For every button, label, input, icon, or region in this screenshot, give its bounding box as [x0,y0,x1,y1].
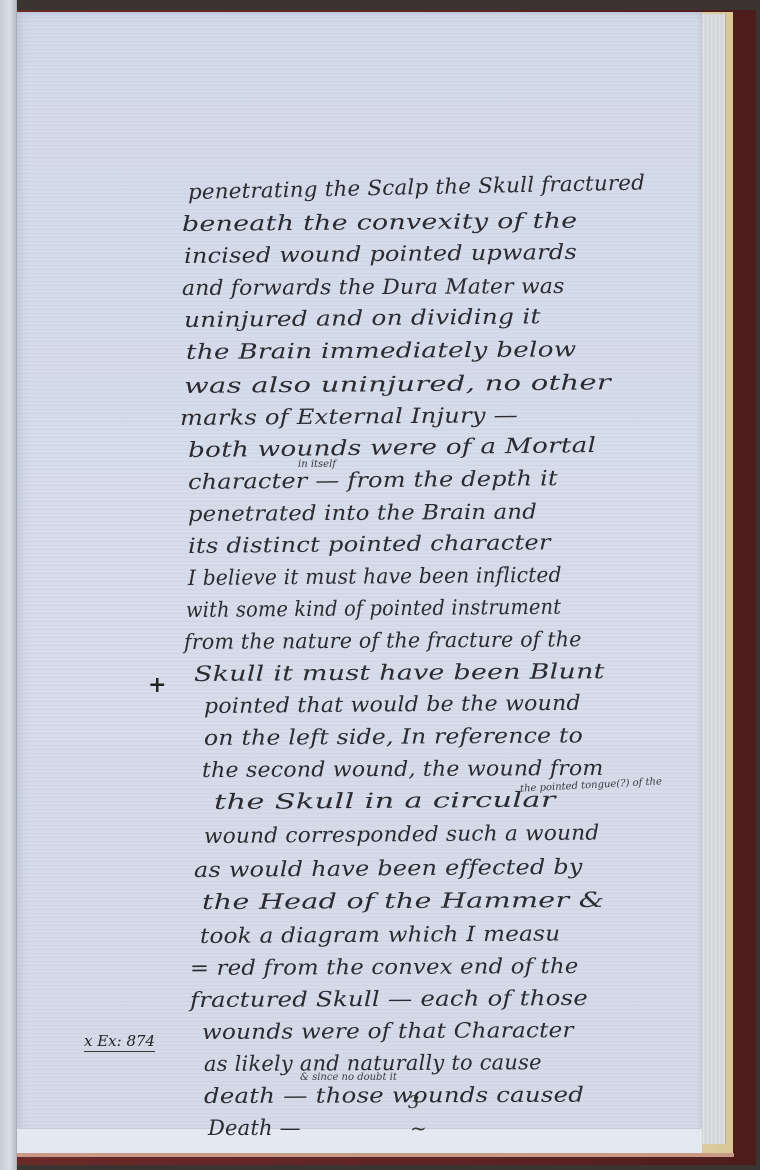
text-line: took a diagram which I measu [200,921,560,948]
margin-cross-mark: + [148,672,166,698]
text-line: with some kind of pointed instrument [186,595,561,622]
text-line: beneath the convexity of the [182,209,578,236]
binding-bottom-edge [14,1153,734,1157]
text-line: uninjured and on dividing it [184,304,541,332]
text-line: wound corresponded such a wound [204,821,600,848]
text-line: from the nature of the fracture of the [184,627,582,654]
text-line: its distinct pointed character [188,530,551,558]
folio-number: 3 [408,1092,419,1113]
text-line: I believe it must have been inflicted [188,563,562,590]
book-gutter [0,0,17,1170]
text-line: both wounds were of a Mortal [188,433,596,462]
text-line: the Skull in a circular [214,788,556,814]
text-line: pointed that would be the wound [204,691,581,718]
text-line: penetrated into the Brain and [188,500,537,526]
text-line: and forwards the Dura Mater was [182,274,565,300]
margin-exhibit-reference: x Ex: 874 [84,1032,155,1052]
text-line: Skull it must have been Blunt [194,659,605,686]
text-line: Death — [208,1116,301,1140]
interlinear-insertion: & since no doubt it [300,1072,397,1083]
text-line: wounds were of that Character [202,1018,574,1044]
text-line: incised wound pointed upwards [184,240,577,268]
text-line: was also uninjured, no other [184,370,611,398]
text-line: character — from the depth it [188,466,558,494]
page-bottom-edge [14,1128,702,1155]
interlinear-insertion: in itself [298,459,336,470]
text-line: the Head of the Hammer & [202,888,605,914]
text-line: the second wound, the wound from [202,756,604,782]
text-line: marks of External Injury — [180,403,518,430]
text-line: on the left side, In reference to [204,723,583,750]
text-line: = red from the convex end of the [190,954,579,980]
text-line: death — those wounds caused [204,1083,584,1108]
book-spread: penetrating the Scalp the Skull fracture… [0,0,760,1170]
text-line: as would have been effected by [194,855,583,882]
text-line: the Brain immediately below [186,337,577,364]
folio-flourish: ~ [410,1116,427,1140]
text-line: fractured Skull — each of those [190,986,588,1012]
